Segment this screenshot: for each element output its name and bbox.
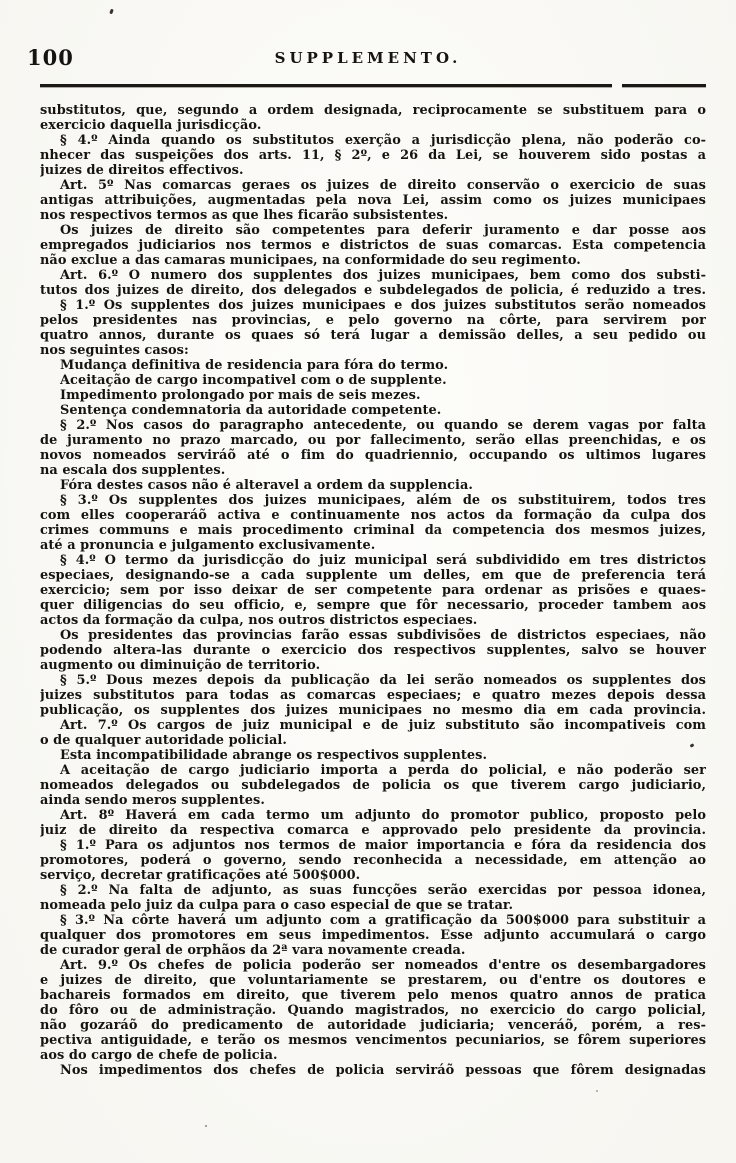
text-line: Mudança definitiva de residencia para fó… — [40, 358, 706, 373]
text-line: e juizes de direito, que voluntariamente… — [40, 973, 706, 988]
text-line: podendo altera-las durante o exercicio d… — [40, 643, 706, 658]
text-line: publicação, os supplentes dos juizes mun… — [40, 703, 706, 718]
text-line: Os juizes de direito são competentes par… — [40, 223, 706, 238]
text-line: de juramento no prazo marcado, ou por fa… — [40, 433, 706, 448]
text-line: nos seguintes casos: — [40, 343, 706, 358]
body-text: substitutos, que, segundo a ordem design… — [40, 103, 706, 1078]
text-line: qualquer dos promotores em seus impedime… — [40, 928, 706, 943]
text-line: não exclue a das camaras municipaes, na … — [40, 253, 706, 268]
text-line: tutos dos juizes de direito, dos delegad… — [40, 283, 706, 298]
text-line: § 4.º O termo da jurisdicção do juiz mun… — [40, 553, 706, 568]
text-line: Nos impedimentos dos chefes de policia s… — [40, 1063, 706, 1078]
text-line: serviço, decretar gratificações até 500$… — [40, 868, 706, 883]
text-line: pelos presidentes nas provincias, e pelo… — [40, 313, 706, 328]
text-line: Art. 5º Nas comarcas geraes os juizes de… — [40, 178, 706, 193]
text-line: nhecer das suspeições dos arts. 11, § 2º… — [40, 148, 706, 163]
text-line: Esta incompatibilidade abrange os respec… — [40, 748, 706, 763]
text-line: actos da formação da culpa, nos outros d… — [40, 613, 706, 628]
text-line: promotores, poderá o governo, sendo reco… — [40, 853, 706, 868]
text-line: do fôro ou de administração. Quando magi… — [40, 1003, 706, 1018]
text-line: § 2.º Nos casos do paragrapho antecedent… — [40, 418, 706, 433]
text-line: § 1.º Os supplentes dos juizes municipae… — [40, 298, 706, 313]
text-line: § 1.º Para os adjuntos nos termos de mai… — [40, 838, 706, 853]
text-line: Os presidentes das provincias farão essa… — [40, 628, 706, 643]
text-line: Art. 8º Haverá em cada termo um adjunto … — [40, 808, 706, 823]
text-line: Sentença condemnatoria da autoridade com… — [40, 403, 706, 418]
header-rule-right-segment — [622, 84, 706, 87]
text-line: com elles cooperaráõ activa e continuame… — [40, 508, 706, 523]
text-line: não gozaráõ do predicamento de autoridad… — [40, 1018, 706, 1033]
text-line: § 5.º Dous mezes depois da publicação da… — [40, 673, 706, 688]
ink-speck — [205, 1125, 207, 1127]
text-line: Fóra destes casos não é alteravel a orde… — [40, 478, 706, 493]
text-line: § 3.º Os supplentes dos juizes municipae… — [40, 493, 706, 508]
text-line: de curador geral de orphãos da 2ª vara n… — [40, 943, 706, 958]
text-line: novos nomeados serviráõ até o fim do qua… — [40, 448, 706, 463]
text-line: na escala dos supplentes. — [40, 463, 706, 478]
text-line: nomeados delegados ou subdelegados de po… — [40, 778, 706, 793]
text-line: Art. 7.º Os cargos de juiz municipal e d… — [40, 718, 706, 733]
text-line: nos respectivos termos as que lhes ficar… — [40, 208, 706, 223]
text-line: juizes substitutos para todas as comarca… — [40, 688, 706, 703]
text-line: quatro annos, durante os quaes só terá l… — [40, 328, 706, 343]
document-page: 100 SUPPLEMENTO. substitutos, que, segun… — [0, 0, 736, 1163]
text-line: antigas attribuições, augmentadas pela n… — [40, 193, 706, 208]
page-header-title: SUPPLEMENTO. — [0, 49, 736, 67]
text-line: ainda sendo meros supplentes. — [40, 793, 706, 808]
ink-speck — [109, 9, 114, 15]
text-line: Art. 9.º Os chefes de policia poderão se… — [40, 958, 706, 973]
text-line: juiz de direito da respectiva comarca e … — [40, 823, 706, 838]
text-line: aos do cargo de chefe de policia. — [40, 1048, 706, 1063]
text-line: Impedimento prolongado por mais de seis … — [40, 388, 706, 403]
text-line: § 2.º Na falta de adjunto, as suas funcç… — [40, 883, 706, 898]
text-line: exercicio daquella jurisdicção. — [40, 118, 706, 133]
text-line: o de qualquer autoridade policial. — [40, 733, 706, 748]
text-line: até a pronuncia e julgamento exclusivame… — [40, 538, 706, 553]
text-line: A aceitação de cargo judiciario importa … — [40, 763, 706, 778]
text-line: juizes de direitos effectivos. — [40, 163, 706, 178]
text-line: augmento ou diminuição de territorio. — [40, 658, 706, 673]
text-line: nomeada pelo juiz da culpa para o caso e… — [40, 898, 706, 913]
text-line: Art. 6.º O numero dos supplentes dos jui… — [40, 268, 706, 283]
text-line: pectiva antiguidade, e terão os mesmos v… — [40, 1033, 706, 1048]
header-rule-left-segment — [40, 84, 612, 87]
text-line: substitutos, que, segundo a ordem design… — [40, 103, 706, 118]
text-line: quer diligencias do seu officio, e, semp… — [40, 598, 706, 613]
text-line: § 3.º Na côrte haverá um adjunto com a g… — [40, 913, 706, 928]
text-line: Aceitação de cargo incompativel com o de… — [40, 373, 706, 388]
text-line: exercicio; sem por isso deixar de ser co… — [40, 583, 706, 598]
text-line: bachareis formados em direito, que tiver… — [40, 988, 706, 1003]
text-line: § 4.º Ainda quando os substitutos exerçã… — [40, 133, 706, 148]
text-line: especiaes, designando-se a cada supplent… — [40, 568, 706, 583]
text-line: crimes communs e mais procedimento crimi… — [40, 523, 706, 538]
ink-speck — [596, 1090, 598, 1092]
text-line: empregados judiciarios nos termos e dist… — [40, 238, 706, 253]
